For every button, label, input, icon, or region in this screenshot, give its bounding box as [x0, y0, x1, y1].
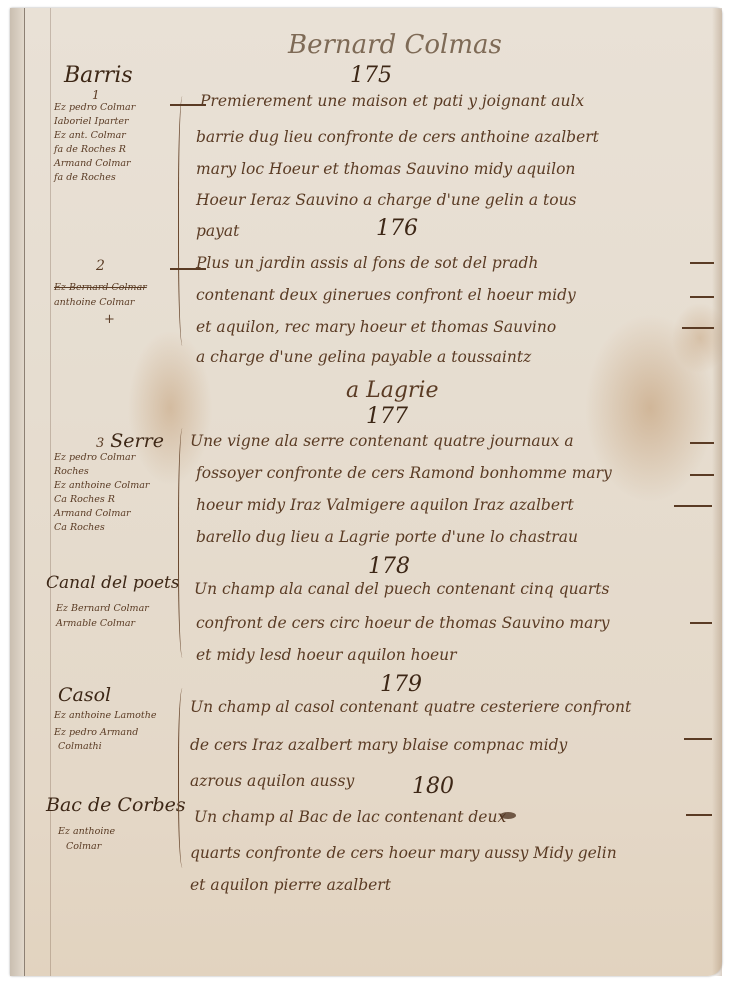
margin-number: 1 — [92, 88, 135, 102]
line-filler-dash — [690, 442, 714, 444]
entry-line: azrous aquilon aussy — [190, 772, 354, 790]
margin-line: Armable Colmar — [56, 618, 180, 629]
entry-line: a charge d'une gelina payable a toussain… — [196, 348, 531, 366]
bracket-mark — [178, 96, 189, 346]
margin-heading: Casol — [58, 684, 156, 706]
margin-line: Roches — [54, 466, 164, 477]
entry-line: et midy lesd hoeur aquilon hoeur — [196, 646, 457, 664]
line-filler-dash — [674, 505, 712, 507]
entry-line: fossoyer confronte de cers Ramond bonhom… — [196, 464, 612, 482]
line-filler-dash — [690, 296, 714, 298]
entry-line: Un champ al casol contenant quatre ceste… — [190, 698, 631, 716]
manuscript-page: Bernard Colmas Barris 1 Ez pedro Colmar … — [10, 8, 722, 976]
entry-line: Une vigne ala serre contenant quatre jou… — [190, 432, 574, 450]
margin-line: Iaboriel Iparter — [54, 116, 135, 127]
bracket-mark — [178, 428, 189, 658]
entry-number: 180 — [412, 774, 454, 799]
margin-number: 3 — [96, 436, 104, 451]
line-filler-dash — [690, 262, 714, 264]
entry-line: mary loc Hoeur et thomas Sauvino midy aq… — [196, 160, 575, 178]
entry-line: barrie dug lieu confronte de cers anthoi… — [196, 128, 599, 146]
margin-line: Ez anthoine Lamothe — [54, 710, 156, 721]
entry-line: et aquilon pierre azalbert — [190, 876, 391, 894]
line-filler-dash — [690, 622, 712, 624]
margin-line: Armand Colmar — [54, 508, 164, 519]
margin-note-canal: Canal del poets Ez Bernard Colmar Armabl… — [46, 573, 180, 629]
bracket-mark — [178, 688, 189, 868]
entry-line: contenant deux ginerues confront el hoeu… — [196, 286, 576, 304]
line-filler-dash — [682, 327, 714, 329]
margin-line: Ez ant. Colmar — [54, 130, 135, 141]
margin-line: Ez anthoine — [58, 826, 186, 837]
margin-line: Ez Bernard Colmar — [56, 603, 180, 614]
margin-line: Colmathi — [58, 741, 156, 752]
entry-line: hoeur midy Iraz Valmigere aquilon Iraz a… — [196, 496, 574, 514]
line-filler-dash — [690, 474, 714, 476]
margin-heading: Serre — [110, 430, 164, 452]
entry-number: 179 — [380, 672, 422, 697]
line-filler-dash — [684, 738, 712, 740]
ink-blot — [500, 812, 516, 819]
margin-line: Ez pedro Colmar — [54, 452, 164, 463]
margin-number: 2 — [96, 258, 147, 274]
margin-line: Ca Roches R — [54, 494, 164, 505]
margin-line: Ez Bernard Colmar — [54, 282, 147, 293]
entry-line: Plus un jardin assis al fons de sot del … — [196, 254, 538, 272]
margin-line: anthoine Colmar — [54, 297, 147, 308]
entry-line: de cers Iraz azalbert mary blaise compna… — [190, 736, 567, 754]
entry-number: 175 — [350, 63, 392, 88]
margin-line: + — [104, 312, 147, 327]
section-heading: a Lagrie — [346, 378, 439, 403]
entry-line: Un champ al Bac de lac contenant deux — [194, 808, 506, 826]
margin-line: Ez pedro Colmar — [54, 102, 135, 113]
margin-line: fa de Roches — [54, 172, 135, 183]
margin-heading: Bac de Corbes — [46, 794, 186, 816]
page-title: Bernard Colmas — [288, 30, 502, 60]
margin-line: Armand Colmar — [54, 158, 135, 169]
margin-note-2: 2 Ez Bernard Colmar anthoine Colmar + — [54, 258, 147, 327]
margin-note-serre: 3 Serre Ez pedro Colmar Roches Ez anthoi… — [54, 430, 164, 533]
margin-line: Ez anthoine Colmar — [54, 480, 164, 491]
margin-note-barris: Barris 1 Ez pedro Colmar Iaboriel Iparte… — [54, 63, 135, 183]
entry-line: confront de cers circ hoeur de thomas Sa… — [196, 614, 610, 632]
entry-line: payat — [196, 222, 239, 240]
line-filler-dash — [686, 814, 712, 816]
margin-line: Ca Roches — [54, 522, 164, 533]
entry-line: Un champ ala canal del puech contenant c… — [194, 580, 609, 598]
margin-heading: Barris — [64, 63, 135, 88]
margin-line: fa de Roches R — [54, 144, 135, 155]
margin-line: Ez pedro Armand — [54, 727, 156, 738]
margin-note-casol: Casol Ez anthoine Lamothe Ez pedro Arman… — [54, 684, 156, 752]
margin-heading: Canal del poets — [46, 573, 180, 593]
entry-line: quarts confronte de cers hoeur mary auss… — [190, 844, 617, 862]
entry-number: 176 — [376, 216, 418, 241]
entry-number: 178 — [368, 554, 410, 579]
entry-line: barello dug lieu a Lagrie porte d'une lo… — [196, 528, 578, 546]
entry-line: Hoeur Ieraz Sauvino a charge d'une gelin… — [196, 191, 577, 209]
entry-line: Premierement une maison et pati y joigna… — [200, 92, 584, 110]
margin-line: Colmar — [66, 841, 186, 852]
margin-note-bac-de-corbes: Bac de Corbes Ez anthoine Colmar — [46, 794, 186, 852]
entry-line: et aquilon, rec mary hoeur et thomas Sau… — [196, 318, 556, 336]
entry-number: 177 — [366, 404, 408, 429]
